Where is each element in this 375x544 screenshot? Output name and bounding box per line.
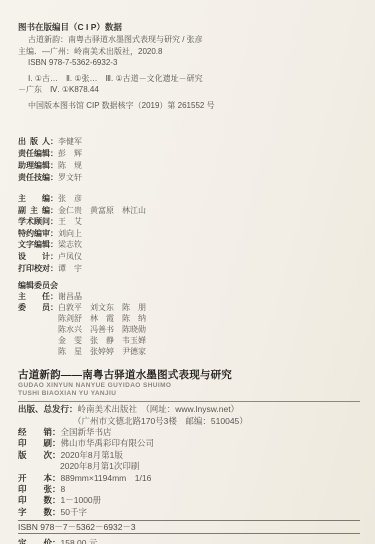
print-count-value: 1－1000册 [61,495,102,505]
responsible-editor-name: 彭 辉 [58,149,82,158]
committee-members-row-3: 陈水兴 冯善书 陈晓勋 [18,324,360,335]
price-value: 158.00 元 [61,538,98,544]
committee-chair-label: 主任 [18,291,50,302]
academic-advisor-name: 王 艾 [58,217,82,226]
text-editor-name: 梁志钦 [58,240,82,249]
publisher-distributor-row: 出版、总发行：岭南美术出版社 （网址：www.lnysw.net） [18,404,360,415]
publisher-address-line: （广州市文德北路170号3楼 邮编：510045） [18,416,360,427]
proofreader-label: 打印校对 [18,263,50,275]
distribution-value: 全国新华书店 [61,427,112,437]
distribution-label: 经销 [18,427,52,438]
cip-block: 图书在版编目（C I P）数据 古道新韵：南粤古驿道水墨图式表现与研究 / 张彦… [18,21,360,111]
committee-members-row-1: 委员：白敦平 刘文东 陈 朋 [18,302,360,313]
colon: ： [50,264,58,273]
designer-row: 设计：卢凤仪 [18,251,360,263]
committee-members-row-5: 陈 星 张婷婷 尹德家 [18,346,360,357]
special-reviewer-row: 特约编审：刘向上 [18,228,360,240]
chief-editor-name: 张 彦 [58,194,82,203]
assistant-editor-row: 助理编辑：陈 规 [18,160,360,172]
book-colophon-page: 图书在版编目（C I P）数据 古道新韵：南粤古驿道水墨图式表现与研究 / 张彦… [0,0,375,544]
text-editor-row: 文字编辑：梁志钦 [18,239,360,251]
special-reviewer-name: 刘向上 [58,229,82,238]
cip-record-number: 中国版本图书馆 CIP 数据核字（2019）第 261552 号 [18,100,360,112]
responsible-editor-label: 责任编辑 [18,148,50,160]
edition-label: 版次 [18,450,52,461]
assistant-editor-name: 陈 规 [58,161,82,170]
book-title-pinyin-1: GUDAO XINYUN NANYUE GUYIDAO SHUIMO [18,382,360,390]
sheets-row: 印张：8 [18,484,360,495]
colon: ： [50,206,58,215]
sheets-value: 8 [61,484,66,494]
distribution-row: 经销：全国新华书店 [18,427,360,438]
proofreader-row: 打印校对：谭 宇 [18,263,360,275]
colon: ： [50,292,58,301]
committee-block: 编辑委员会 主任：谢昌晶 委员：白敦平 刘文东 陈 朋 陈剑舒 林 霞 陈 纳 … [18,280,360,357]
cip-classification-line-2: －广东 Ⅳ. ①K878.44 [18,84,360,96]
technical-editor-name: 罗文轩 [58,173,82,182]
cip-header: 图书在版编目（C I P）数据 [18,21,360,33]
word-count-label: 字数 [18,507,52,518]
colon: ： [50,161,58,170]
cip-classification-line-1: Ⅰ. ①古… Ⅱ. ①张… Ⅲ. ①古道－文化遗址－研究 [18,73,360,85]
committee-member-names: 白敦平 刘文东 陈 朋 [58,303,146,312]
committee-members-label: 委员 [18,302,50,313]
committee-members-row-4: 金 雯 张 静 韦玉婵 [18,335,360,346]
word-count-value: 50千字 [61,507,87,517]
responsible-editor-row: 责任编辑：彭 辉 [18,148,360,160]
format-row: 开本：889mm×1194mm 1/16 [18,473,360,484]
technical-editor-label: 责任技编 [18,172,50,184]
editorial-block: 主编：张 彦 副主编：金仁贵 黄富原 林江山 学术顾问：王 艾 特约编审：刘向上… [18,193,360,274]
colon: ： [52,473,61,483]
colon: ： [50,303,58,312]
chief-editor-row: 主编：张 彦 [18,193,360,205]
format-value: 889mm×1194mm 1/16 [61,473,152,483]
designer-name: 卢凤仪 [58,252,82,261]
colon: ： [50,173,58,182]
committee-chair-row: 主任：谢昌晶 [18,291,360,302]
committee-header: 编辑委员会 [18,280,360,291]
colon: ： [52,484,61,494]
publisher-row: 出版人：李健军 [18,136,360,148]
chief-editor-label: 主编 [18,193,50,205]
colon: ： [50,217,58,226]
colon: ： [52,507,61,517]
colon: ： [50,194,58,203]
publisher-distributor-value: 岭南美术出版社 （网址：www.lnysw.net） [78,404,240,414]
printer-row: 印刷：佛山市华禹彩印有限公司 [18,438,360,449]
committee-chair-name: 谢昌晶 [58,292,82,301]
deputy-editor-label: 副主编 [18,205,50,217]
print-count-row: 印数：1－1000册 [18,495,360,506]
assistant-editor-label: 助理编辑 [18,160,50,172]
colon: ： [50,240,58,249]
colon: ： [52,438,61,448]
book-title-pinyin-2: TUSHI BIAOXIAN YU YANJIU [18,390,360,398]
colon: ： [50,149,58,158]
colon: ： [52,450,61,460]
cip-publisher-line: 主编．—广州：岭南美术出版社，2020.8 [18,46,360,58]
proofreader-name: 谭 宇 [58,264,82,273]
sheets-label: 印张 [18,484,52,495]
colon: ： [52,427,61,437]
academic-advisor-row: 学术顾问：王 艾 [18,216,360,228]
edition-value: 2020年8月第1版 [61,450,123,460]
technical-editor-row: 责任技编：罗文轩 [18,172,360,184]
edition-row: 版次：2020年8月第1版 [18,450,360,461]
colon: ： [50,252,58,261]
colon: ： [69,404,78,414]
committee-members-row-2: 陈剑舒 林 霞 陈 纳 [18,313,360,324]
print-count-label: 印数 [18,495,52,506]
isbn-line: ISBN 978－7－5362－6932－3 [18,520,360,534]
staff-block: 出版人：李健军 责任编辑：彭 辉 助理编辑：陈 规 责任技编：罗文轩 [18,136,360,184]
publisher-label: 出版人 [18,136,50,148]
special-reviewer-label: 特约编审 [18,228,50,240]
colon: ： [50,137,58,146]
format-label: 开本 [18,473,52,484]
price-row: 定价：158.00 元 [18,538,360,544]
printing-run-line: 2020年8月第1次印刷 [18,461,360,472]
designer-label: 设计 [18,251,50,263]
colon: ： [52,538,61,544]
deputy-editor-names: 金仁贵 黄富原 林江山 [58,206,146,215]
colophon-block: 古道新韵——南粤古驿道水墨图式表现与研究 GUDAO XINYUN NANYUE… [18,369,360,544]
printer-value: 佛山市华禹彩印有限公司 [61,438,155,448]
divider-rule [18,401,360,402]
printer-label: 印刷 [18,438,52,449]
text-editor-label: 文字编辑 [18,239,50,251]
publisher-name: 李健军 [58,137,82,146]
publisher-distributor-label: 出版、总发行 [18,404,69,415]
academic-advisor-label: 学术顾问 [18,216,50,228]
colon: ： [50,229,58,238]
cip-isbn-line: ISBN 978-7-5362-6932-3 [18,57,360,69]
deputy-editor-row: 副主编：金仁贵 黄富原 林江山 [18,205,360,217]
cip-title-line: 古道新韵：南粤古驿道水墨图式表现与研究 / 张彦 [18,34,360,46]
price-label: 定价 [18,538,52,544]
word-count-row: 字数：50千字 [18,507,360,518]
colon: ： [52,495,61,505]
book-title: 古道新韵——南粤古驿道水墨图式表现与研究 [18,369,360,382]
